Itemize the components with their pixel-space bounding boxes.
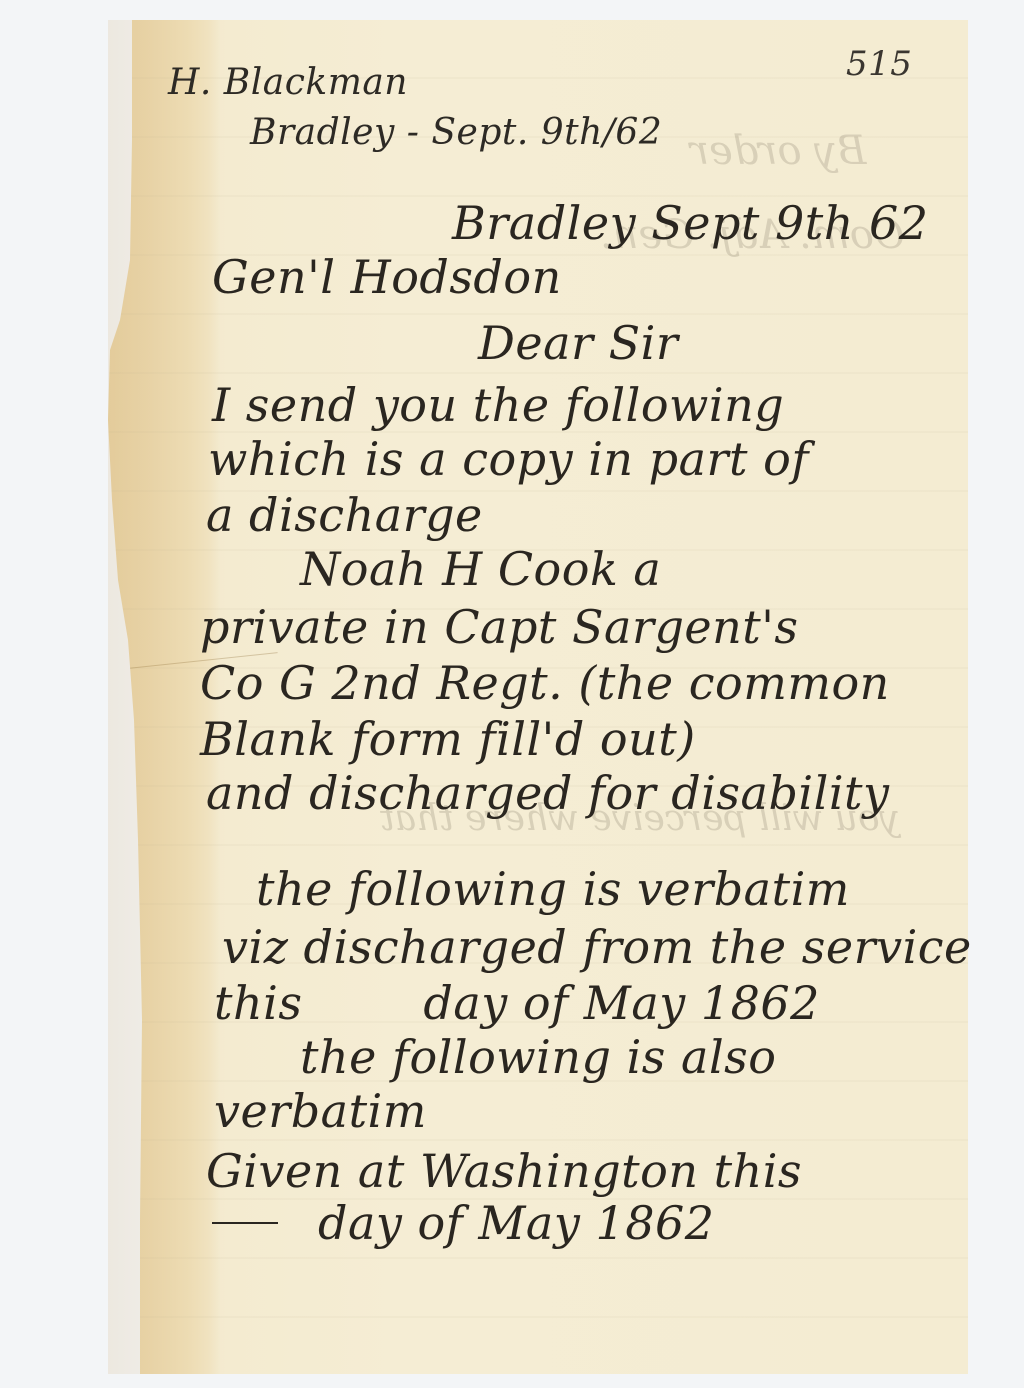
body-line: a discharge: [206, 488, 483, 542]
body-line: the following is also: [300, 1030, 776, 1084]
body-line: which is a copy in part of: [208, 432, 809, 486]
docket-place-date: Bradley - Sept. 9th/62: [250, 112, 662, 153]
body-line: and discharged for disability: [206, 766, 890, 820]
body-line: Blank form fill'd out): [200, 712, 696, 766]
letter-addressee: Gen'l Hodsdon: [212, 250, 562, 304]
body-line: Co G 2nd Regt. (the common: [200, 656, 890, 710]
bleed-through-text: By order: [690, 128, 866, 174]
body-line: day of May 1862: [318, 1196, 715, 1250]
body-line: viz discharged from the service: [222, 920, 972, 974]
body-line: I send you the following: [212, 378, 784, 432]
body-line: verbatim: [214, 1084, 427, 1138]
docket-author: H. Blackman: [168, 62, 408, 103]
letter-salutation: Dear Sir: [478, 316, 678, 370]
body-line: private in Capt Sargent's: [200, 600, 798, 654]
scanned-document: By order Com. Adj. Gen. you will perceiv…: [0, 0, 1024, 1388]
page-number: 515: [846, 44, 912, 84]
body-line: Given at Washington this: [206, 1144, 802, 1198]
body-line: this day of May 1862: [214, 976, 820, 1030]
blank-dash: [212, 1222, 278, 1224]
body-line: Noah H Cook a: [300, 542, 661, 596]
body-line: the following is verbatim: [256, 862, 850, 916]
letter-place-date: Bradley Sept 9th 62: [452, 196, 929, 250]
